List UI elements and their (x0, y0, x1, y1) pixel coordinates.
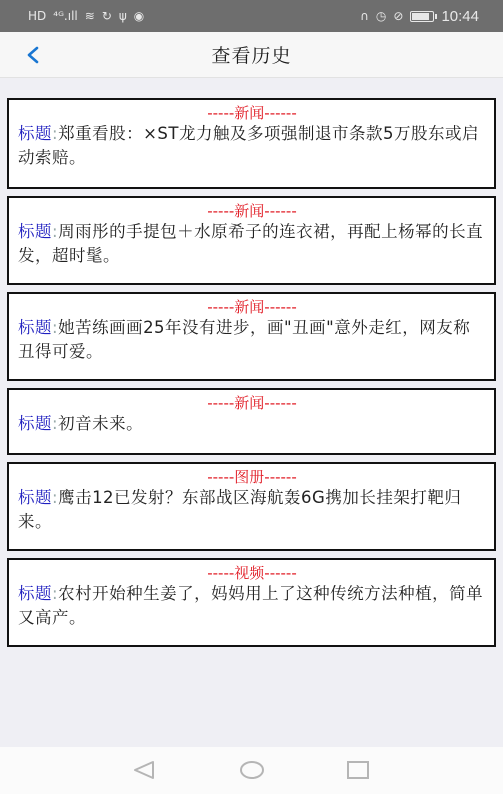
item-title-text: 初音未来。 (58, 414, 143, 433)
headset-icon: ∩ (360, 9, 369, 23)
title-label: 标题 (18, 584, 52, 603)
item-title-text: 周雨彤的手提包＋水原希子的连衣裙，再配上杨幂的长直发，超时髦。 (18, 222, 483, 265)
item-title: 标题:农村开始种生姜了，妈妈用上了这种传统方法种植，简单又高产。 (18, 582, 486, 630)
4g-signal-icon: ⁴ᴳ.ıll (53, 9, 77, 23)
battery-icon (410, 11, 434, 22)
history-item[interactable]: -----新闻------ 标题:初音未来。 (7, 388, 496, 455)
title-label: 标题 (18, 222, 52, 241)
history-item[interactable]: -----新闻------ 标题:她苦练画画25年没有进步，画"丑画"意外走红，… (7, 292, 496, 381)
item-title: 标题:郑重看股：×ST龙力触及多项强制退市条款5万股东或启动索赔。 (18, 122, 486, 170)
usb-icon: ψ (119, 9, 127, 23)
item-title: 标题:初音未来。 (18, 412, 486, 436)
item-title: 标题:她苦练画画25年没有进步，画"丑画"意外走红，网友称丑得可爱。 (18, 316, 486, 364)
page-title: 查看历史 (0, 41, 503, 68)
status-bar: HD ⁴ᴳ.ıll ≋ ↻ ψ ◉ ∩ ◷ ⊘ 10:44 (0, 0, 503, 32)
chevron-left-icon (26, 46, 40, 64)
title-label: 标题 (18, 318, 52, 337)
history-item[interactable]: -----新闻------ 标题:周雨彤的手提包＋水原希子的连衣裙，再配上杨幂的… (7, 196, 496, 285)
item-type-label: -----新闻------ (18, 104, 486, 122)
header: 查看历史 (0, 32, 503, 78)
item-type-label: -----新闻------ (18, 202, 486, 220)
hd-icon: HD (28, 9, 46, 23)
app-notification-icon: ◉ (134, 9, 144, 23)
alarm-icon: ◷ (376, 9, 386, 23)
title-label: 标题 (18, 414, 52, 433)
history-list: -----新闻------ 标题:郑重看股：×ST龙力触及多项强制退市条款5万股… (7, 98, 496, 654)
item-title-text: 鹰击12已发射？东部战区海航轰6G携加长挂架打靶归来。 (18, 488, 461, 531)
item-title: 标题:鹰击12已发射？东部战区海航轰6G携加长挂架打靶归来。 (18, 486, 486, 534)
status-left-icons: HD ⁴ᴳ.ıll ≋ ↻ ψ ◉ (28, 9, 144, 23)
item-title-text: 农村开始种生姜了，妈妈用上了这种传统方法种植，简单又高产。 (18, 584, 483, 627)
wifi-icon: ≋ (85, 9, 95, 23)
home-circle-icon[interactable] (239, 760, 265, 780)
sync-icon: ↻ (102, 9, 112, 23)
title-label: 标题 (18, 488, 52, 507)
title-label: 标题 (18, 124, 52, 143)
status-right-icons: ∩ ◷ ⊘ 10:44 (360, 8, 479, 25)
history-item[interactable]: -----新闻------ 标题:郑重看股：×ST龙力触及多项强制退市条款5万股… (7, 98, 496, 189)
item-type-label: -----新闻------ (18, 298, 486, 316)
mute-icon: ⊘ (393, 9, 403, 23)
item-title-text: 郑重看股：×ST龙力触及多项强制退市条款5万股东或启动索赔。 (18, 124, 479, 167)
back-triangle-icon[interactable] (133, 760, 155, 780)
history-item[interactable]: -----图册------ 标题:鹰击12已发射？东部战区海航轰6G携加长挂架打… (7, 462, 496, 551)
recents-square-icon[interactable] (346, 760, 370, 780)
system-navigation-bar (0, 747, 503, 794)
item-type-label: -----视频------ (18, 564, 486, 582)
item-title-text: 她苦练画画25年没有进步，画"丑画"意外走红，网友称丑得可爱。 (18, 318, 470, 361)
item-title: 标题:周雨彤的手提包＋水原希子的连衣裙，再配上杨幂的长直发，超时髦。 (18, 220, 486, 268)
item-type-label: -----图册------ (18, 468, 486, 486)
item-type-label: -----新闻------ (18, 394, 486, 412)
history-item[interactable]: -----视频------ 标题:农村开始种生姜了，妈妈用上了这种传统方法种植，… (7, 558, 496, 647)
status-time: 10:44 (441, 8, 479, 25)
back-button[interactable] (18, 40, 48, 70)
